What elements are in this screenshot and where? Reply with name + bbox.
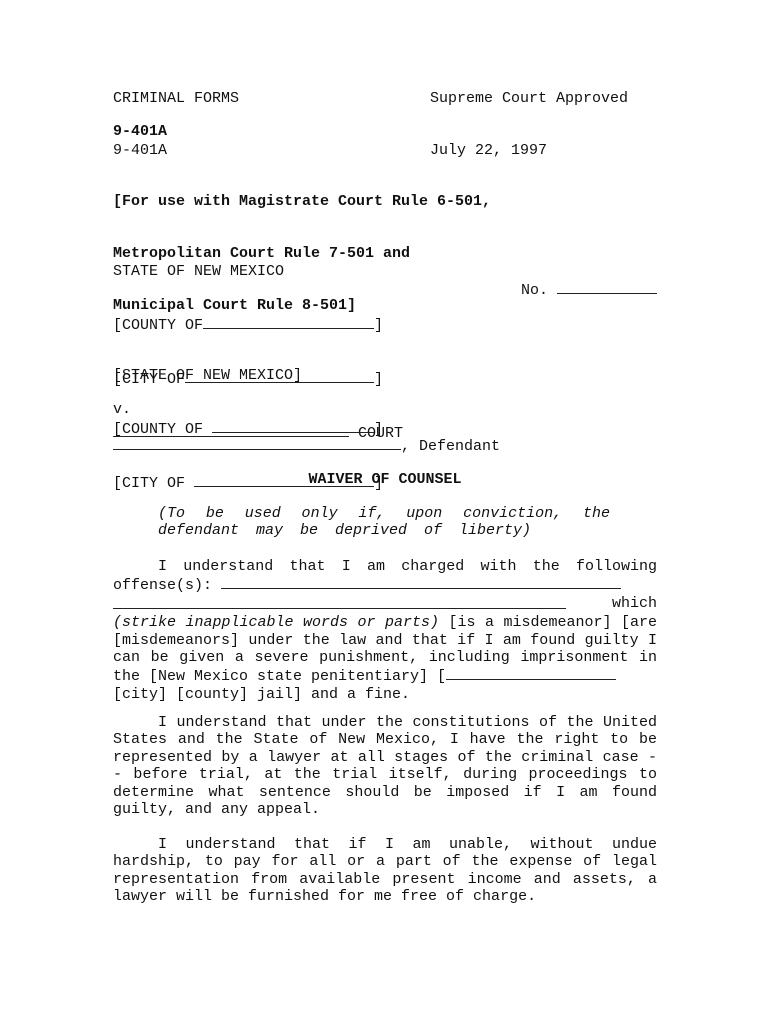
usage-note-line: [For use with Magistrate Court Rule 6-50… xyxy=(113,193,491,210)
offense-text-end: [city] [county] jail] and a fine. xyxy=(113,686,657,703)
offense-paragraph: I understand that I am charged with the … xyxy=(113,558,657,703)
header-approval: Supreme Court Approved xyxy=(430,90,628,107)
offense-blank-1[interactable] xyxy=(221,575,621,589)
offense-label: offense(s): xyxy=(113,577,212,594)
defendant-name-blank[interactable] xyxy=(113,436,401,450)
county-blank[interactable] xyxy=(203,315,374,329)
facility-blank[interactable] xyxy=(446,666,616,680)
document-title: WAIVER OF COUNSEL xyxy=(0,471,770,488)
case-number: No. xyxy=(521,280,657,299)
free-counsel-paragraph: I understand that if I am unable, withou… xyxy=(113,836,657,906)
header-date: July 22, 1997 xyxy=(430,142,628,159)
form-number: 9-401A xyxy=(113,123,167,140)
offense-row-2: which xyxy=(113,595,657,614)
party-caption: [STATE OF NEW MEXICO] [COUNTY OF ] [CITY… xyxy=(113,332,383,527)
right-to-counsel-paragraph: I understand that under the constitution… xyxy=(113,714,657,818)
caption-state: STATE OF NEW MEXICO xyxy=(113,263,403,280)
header-form-series: CRIMINAL FORMS xyxy=(113,90,239,107)
which-word: which xyxy=(612,595,657,612)
offense-body: (strike inapplicable words or parts) [is… xyxy=(113,614,657,686)
offense-row: offense(s): xyxy=(113,575,657,594)
defendant-row: , Defendant xyxy=(113,436,500,455)
header-form-id: 9-401A xyxy=(113,142,239,159)
county-blank[interactable] xyxy=(212,419,374,433)
party-state: [STATE OF NEW MEXICO] xyxy=(113,367,383,384)
versus: v. xyxy=(113,401,131,418)
case-number-blank[interactable] xyxy=(557,280,657,294)
strike-note: (strike inapplicable words or parts) xyxy=(113,614,439,631)
instruction-note: (To be used only if, upon conviction, th… xyxy=(158,505,610,540)
defendant-label: , Defendant xyxy=(401,438,500,455)
case-number-label: No. xyxy=(521,282,548,299)
offense-lead: I understand that I am charged with the … xyxy=(113,558,657,575)
offense-blank-2[interactable] xyxy=(113,595,566,609)
